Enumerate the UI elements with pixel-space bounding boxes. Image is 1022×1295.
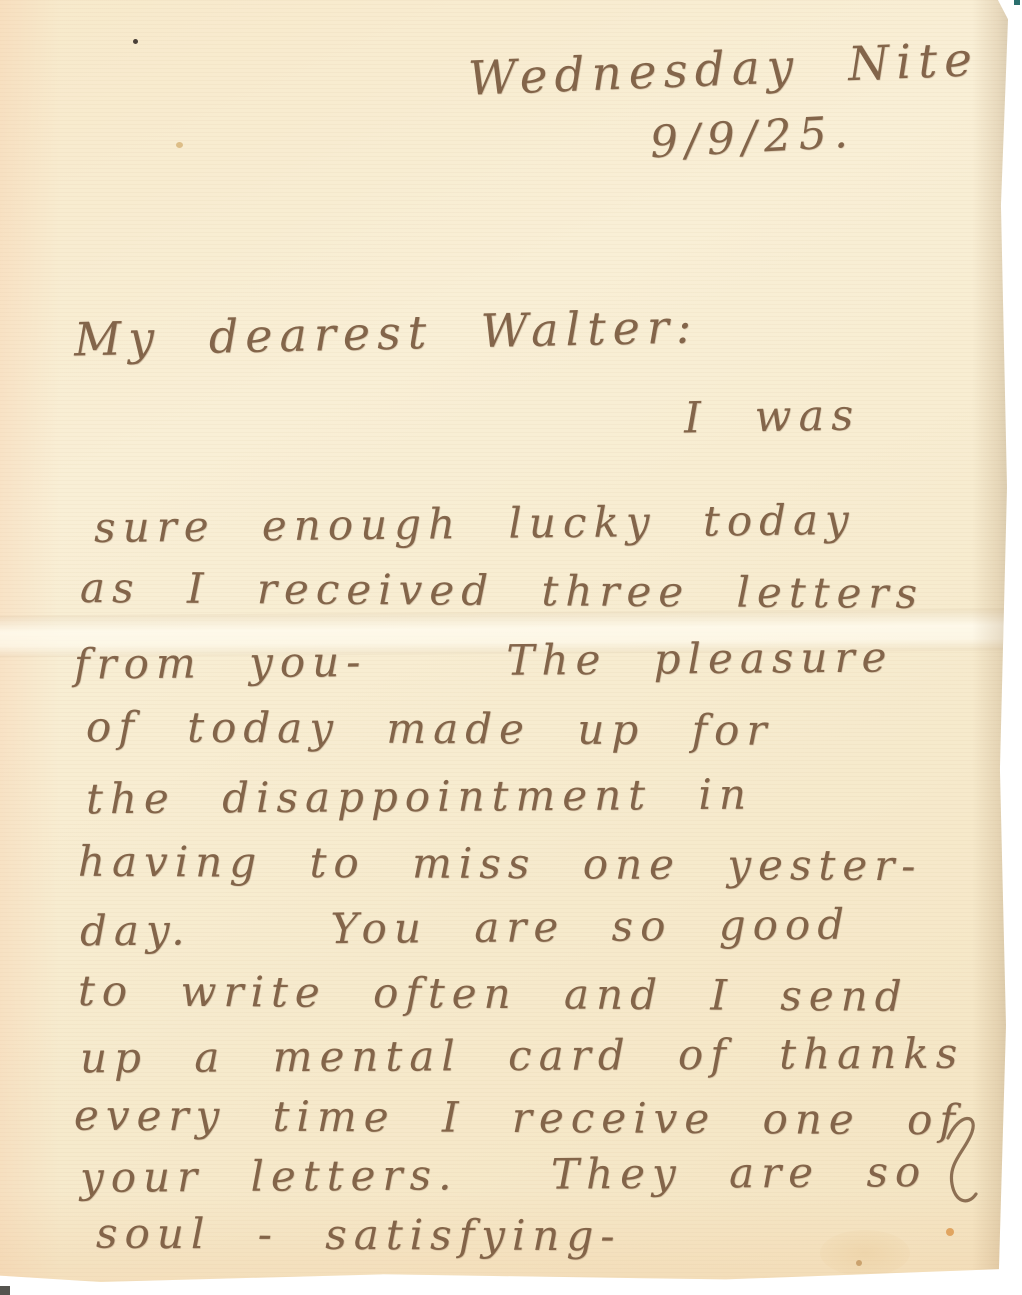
letter-paper: Wednesday Nite 9/9/25. My dearest Walter… xyxy=(0,0,1008,1282)
letter-body-line: from you- The pleasure xyxy=(74,632,894,688)
letter-date: 9/9/25. xyxy=(649,107,856,169)
ink-speck xyxy=(133,39,138,44)
scanner-artifact-bottom-left xyxy=(0,1286,10,1295)
letter-body-line: your letters. They are so xyxy=(80,1147,928,1202)
letter-body-line: the disappointment in xyxy=(86,770,753,824)
letter-body-line: day. You are so good xyxy=(80,900,852,956)
letter-salutation: My dearest Walter: xyxy=(74,299,699,366)
paper-edge-shadow xyxy=(972,0,1008,1282)
letter-body-line: of today made up for xyxy=(86,702,774,755)
paper-speck xyxy=(856,1260,862,1266)
letter-dateline: Wednesday Nite xyxy=(467,32,980,107)
paper-speck xyxy=(176,142,183,148)
scanned-letter-page: Wednesday Nite 9/9/25. My dearest Walter… xyxy=(0,0,1022,1295)
paper-stain xyxy=(820,1230,910,1276)
letter-body-line: having to miss one yester- xyxy=(78,837,923,890)
letter-body-line: sure enough lucky today xyxy=(94,495,856,552)
letter-body-line: every time I receive one of xyxy=(74,1091,962,1145)
letter-opening-line: I was xyxy=(684,390,861,443)
letter-body-line: as I received three letters xyxy=(80,563,924,618)
letter-body-line: soul - satisfying- xyxy=(96,1209,622,1261)
paper-left-tint xyxy=(0,0,60,1282)
scanner-artifact-top-right xyxy=(1014,0,1020,5)
letter-body-line: to write often and I send xyxy=(78,966,909,1021)
letter-body-line: up a mental card of thanks xyxy=(80,1029,964,1083)
paper-speck xyxy=(946,1228,954,1236)
